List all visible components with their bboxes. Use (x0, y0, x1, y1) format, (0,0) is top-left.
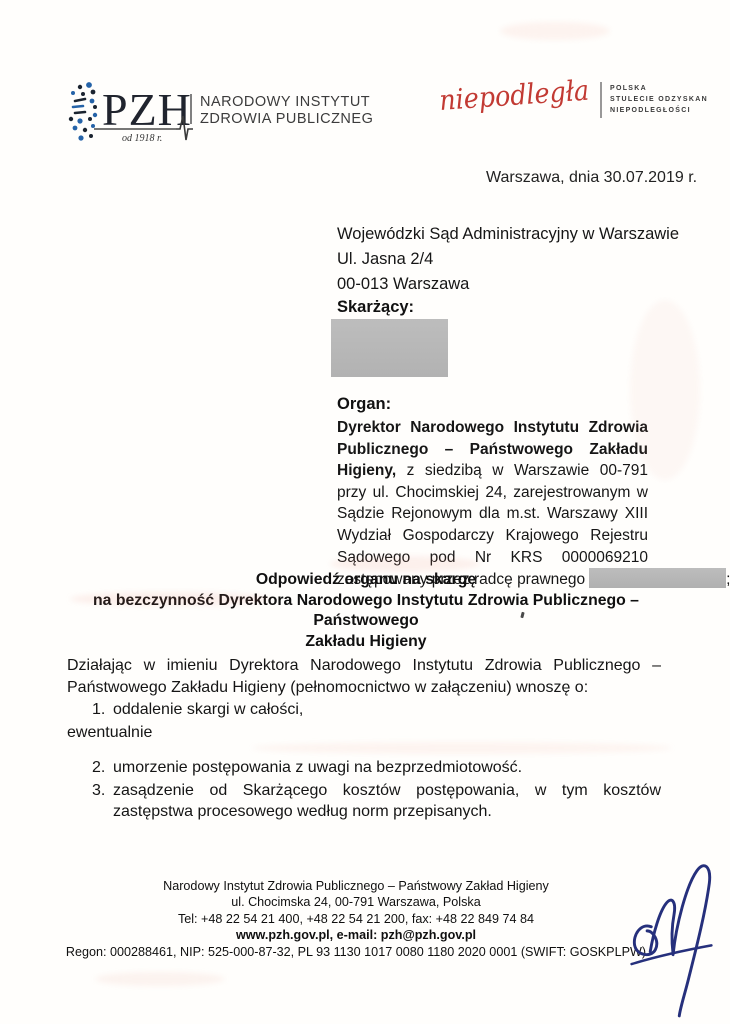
signature-ink (603, 850, 713, 1018)
title-line-3: Zakładu Higieny (60, 632, 672, 653)
petition-number-1: 1. (92, 699, 113, 721)
pzh-acronym: PZH (102, 84, 192, 135)
title-line-2: na bezczynność Dyrektora Narodowego Inst… (60, 591, 672, 632)
petition-text-3: zasądzenie od Skarżącego kosztów postępo… (113, 780, 661, 823)
dna-helix-icon (69, 82, 97, 141)
niepodlegla-caption-3: NIEPODLEGŁOŚCI (610, 105, 691, 114)
pzh-since: od 1918 r. (122, 133, 162, 144)
footer-phones: Tel: +48 22 54 21 400, +48 22 54 21 200,… (55, 911, 657, 927)
petition-item-3: 3. zasądzenie od Skarżącego kosztów post… (67, 780, 661, 823)
addressee-block: Wojewódzki Sąd Administracyjny w Warszaw… (337, 222, 679, 297)
organ-description: Dyrektor Narodowego Instytutu Zdrowia Pu… (337, 417, 648, 568)
petition-number-2: 2. (92, 757, 113, 779)
complainant-label: Skarżący: (337, 298, 414, 317)
niepodlegla-caption-1: POLSKA (610, 85, 647, 92)
intro-paragraph: Działając w imieniu Dyrektora Narodowego… (67, 655, 661, 699)
organ-suffix: ; (726, 571, 730, 588)
alternative-word: ewentualnie (67, 722, 661, 744)
petition-number-3: 3. (92, 780, 113, 823)
scan-artifact (95, 972, 225, 986)
scan-artifact (500, 22, 610, 40)
petition-text-1: oddalenie skargi w całości, (113, 699, 661, 721)
niepodlegla-logo: niepodległa POLSKA STULECIE ODZYSKANIA N… (438, 76, 708, 132)
document-title: Odpowiedź organu na skargę na bezczynnoś… (60, 570, 672, 652)
redaction-box-complainant (331, 319, 448, 377)
title-line-1: Odpowiedź organu na skargę (60, 570, 672, 591)
pzh-name-line1: NARODOWY INSTYTUT (200, 94, 370, 110)
letterhead-footer: Narodowy Instytut Zdrowia Publicznego – … (55, 878, 657, 960)
niepodlegla-graphic: niepodległa POLSKA STULECIE ODZYSKANIA N… (438, 76, 708, 132)
petition-text-2: umorzenie postępowania z uwagi na bezprz… (113, 757, 661, 779)
petition-item-1: 1. oddalenie skargi w całości, (67, 699, 661, 721)
organ-paragraph: Dyrektor Narodowego Instytutu Zdrowia Pu… (337, 417, 697, 591)
pzh-logo-graphic: PZH od 1918 r. NARODOWY INSTYTUT ZDROWIA… (64, 80, 374, 150)
footer-registry-ids: Regon: 000288461, NIP: 525-000-87-32, PL… (55, 944, 657, 960)
court-name: Wojewódzki Sąd Administracyjny w Warszaw… (337, 222, 679, 247)
date-line: Warszawa, dnia 30.07.2019 r. (486, 169, 697, 187)
footer-address: ul. Chocimska 24, 00-791 Warszawa, Polsk… (55, 894, 657, 910)
scanned-letter-page: PZH od 1918 r. NARODOWY INSTYTUT ZDROWIA… (0, 0, 730, 1024)
footer-institute-name: Narodowy Instytut Zdrowia Publicznego – … (55, 878, 657, 894)
handwritten-signature (603, 850, 713, 1018)
pzh-name-line2: ZDROWIA PUBLICZNEGO (200, 111, 374, 127)
niepodlegla-script: niepodległa (438, 76, 590, 117)
organ-label: Organ: (337, 395, 391, 414)
court-city: 00-013 Warszawa (337, 272, 679, 297)
pzh-logo: PZH od 1918 r. NARODOWY INSTYTUT ZDROWIA… (64, 80, 374, 150)
petition-item-2: 2. umorzenie postępowania z uwagi na bez… (67, 757, 661, 779)
petitions-list: 1. oddalenie skargi w całości, ewentualn… (67, 699, 661, 824)
footer-web-email: www.pzh.gov.pl, e-mail: pzh@pzh.gov.pl (55, 927, 657, 943)
court-street: Ul. Jasna 2/4 (337, 247, 679, 272)
niepodlegla-caption-2: STULECIE ODZYSKANIA (610, 96, 708, 103)
